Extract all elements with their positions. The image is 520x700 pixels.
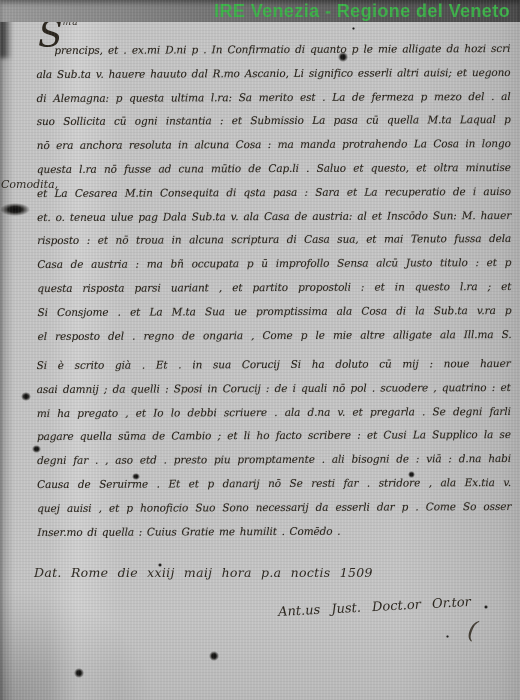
letter-line: Si è scrito già . Et . in sua Corucij Si…	[37, 353, 511, 379]
letter-line: pagare quella sūma de Cambio ; et li ho …	[37, 424, 511, 450]
letter-line: nō era anchora resoluta in alcuna Cosa :…	[37, 133, 511, 159]
letter-line: Casa de austria : ma bñ occupata p ū imp…	[37, 252, 511, 278]
header-title: IRE Venezia - Regione del Veneto	[214, 1, 510, 22]
header-bar: IRE Venezia - Regione del Veneto	[0, 0, 520, 22]
signature: Ant.us Just. Doct.or Or.tor	[278, 595, 471, 620]
letter-body-paragraph-2: Si è scrito già . Et . in sua Corucij Si…	[37, 353, 512, 545]
letter-line: mi ha pregato , et Io lo debbi scriuere …	[37, 401, 511, 427]
dateline: Dat. Rome die xxiij maij hora p.a noctis…	[34, 565, 373, 580]
ink-spot	[209, 651, 219, 661]
ink-spot	[74, 668, 84, 678]
letter-line: Inser.mo di quella : Cuius Gratie me hum…	[37, 520, 511, 546]
ink-spot	[21, 392, 31, 401]
ink-spot	[352, 27, 355, 30]
letter-line: prencips, et . ex.mi D.ni p . In Confirm…	[36, 38, 510, 64]
pen-mark-paren: (	[466, 615, 480, 644]
letter-line: quej auisi , et p honoficio Suo Sono nec…	[37, 496, 511, 522]
letter-line: risposto : et nō troua in alcuna scriptu…	[37, 228, 511, 254]
letter-line: ala Sub.ta v. hauere hauuto dal R.mo Asc…	[36, 62, 510, 88]
letter-line: et La Cesarea M.tin Consequita di qsta p…	[37, 181, 511, 207]
letter-line: questa l.ra nō fusse ad cuna mūtio de Ca…	[37, 157, 511, 183]
letter-line: questa risposta parsi uariant , et parti…	[37, 276, 511, 302]
ink-spot	[484, 605, 488, 609]
letter-body-paragraph-1: prencips, et . ex.mi D.ni p . In Confirm…	[36, 38, 511, 349]
letter-line: degni far . , aso etd . presto piu promp…	[37, 448, 511, 474]
letter-line: et. o. teneua ulue pag Dala Sub.ta v. al…	[37, 205, 511, 231]
letter-line: Causa de Seruirme . Et et p danarij nō S…	[37, 472, 511, 498]
letter-line: di Alemagna: p questa ultima l.ra: Sa me…	[37, 86, 511, 112]
letter-line: Si Consjome . et La M.ta Sua ue promptis…	[37, 300, 511, 326]
letter-line: el resposto del . regno de ongaria , Com…	[38, 324, 512, 350]
ink-spot	[0, 203, 30, 216]
ink-spot	[446, 635, 449, 638]
letter-line: suo Sollicita cū ogni instantia : et Sub…	[37, 109, 511, 135]
letter-line: asai damnij ; da quelli : Sposi in Coruc…	[37, 377, 511, 403]
manuscript-scan-page: IRE Venezia - Regione del Veneto 13 Sma …	[0, 0, 520, 700]
